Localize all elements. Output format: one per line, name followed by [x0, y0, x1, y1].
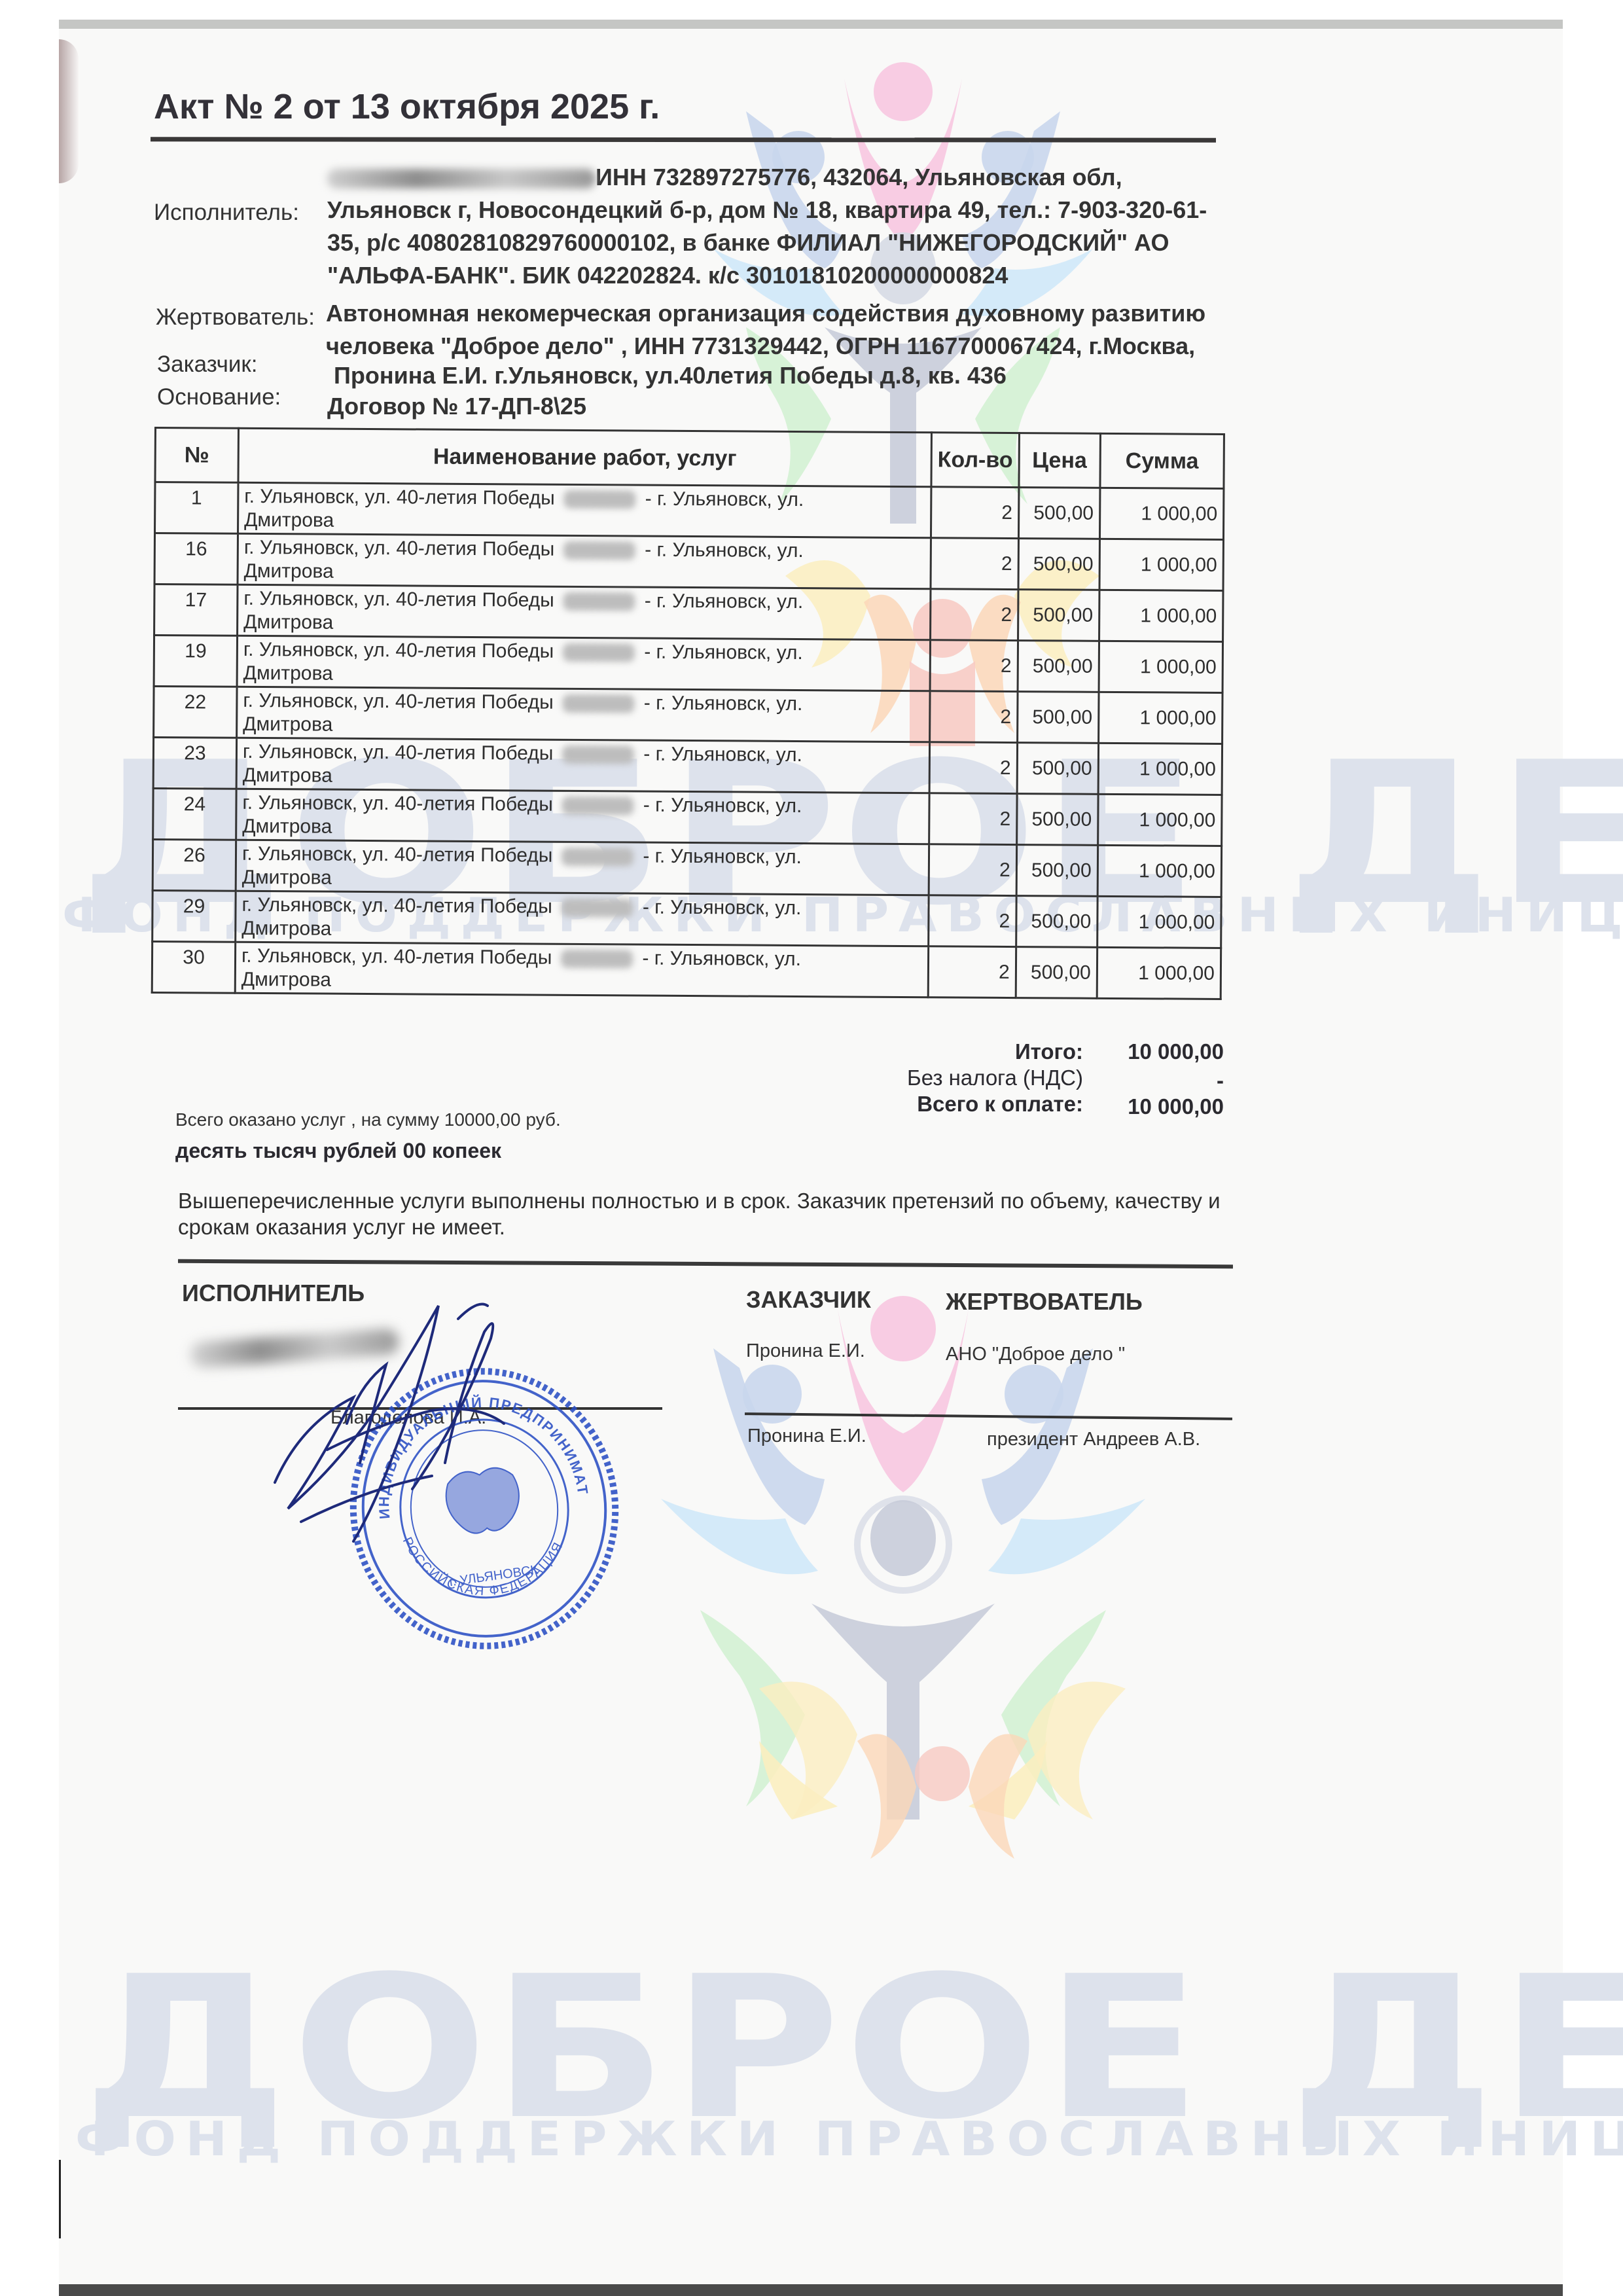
- customer-donor-signature-line: [745, 1412, 1232, 1420]
- signature-divider: [178, 1259, 1233, 1268]
- table-row: 30г. Ульяновск, ул. 40-летия Победы- г. …: [152, 941, 1221, 999]
- row-quantity: 2: [931, 589, 1018, 641]
- redacted-address: [562, 797, 634, 816]
- row-service-name: г. Ульяновск, ул. 40-летия Победы- г. Ул…: [237, 636, 930, 691]
- row-service-name: г. Ульяновск, ул. 40-летия Победы- г. Ул…: [236, 789, 929, 844]
- handwritten-signature-icon: [262, 1293, 602, 1568]
- table-row: 24г. Ульяновск, ул. 40-летия Победы- г. …: [153, 788, 1222, 846]
- row-number: 1: [155, 482, 238, 534]
- customer-name-top: Пронина Е.И.: [746, 1340, 865, 1362]
- services-table: № Наименование работ, услуг Кол-во Цена …: [151, 427, 1225, 1000]
- redacted-address: [563, 592, 635, 611]
- donor-line-1: Автономная некомерческая организация сод…: [326, 300, 1205, 327]
- total-value: 10 000,00: [1080, 1039, 1224, 1064]
- row-quantity: 2: [931, 538, 1018, 590]
- customer-value: Пронина Е.И. г.Ульяновск, ул.40летия Поб…: [334, 362, 1007, 389]
- row-service-name: г. Ульяновск, ул. 40-летия Победы- г. Ул…: [236, 840, 929, 895]
- executor-line-4: "АЛЬФА-БАНК". БИК 042202824. к/с 3010181…: [327, 262, 1008, 289]
- executor-label: Исполнитель:: [154, 200, 299, 226]
- table-row: 17г. Ульяновск, ул. 40-летия Победы- г. …: [154, 584, 1223, 642]
- customer-heading: ЗАКАЗЧИК: [746, 1286, 871, 1314]
- donor-line-2: человека "Доброе дело" , ИНН 7731329442,…: [326, 332, 1195, 360]
- row-service-name: г. Ульяновск, ул. 40-летия Победы- г. Ул…: [236, 891, 929, 946]
- row-number: 29: [152, 890, 236, 942]
- redacted-address: [562, 899, 633, 918]
- row-sum: 1 000,00: [1099, 590, 1223, 641]
- tax-value: -: [1080, 1068, 1224, 1093]
- col-price-header: Цена: [1019, 433, 1101, 488]
- donor-signatory: президент Андреев А.В.: [987, 1429, 1200, 1450]
- row-quantity: 2: [929, 742, 1017, 794]
- row-sum: 1 000,00: [1097, 845, 1222, 897]
- executor-line-1: ИНН 732897275776, 432064, Ульяновская об…: [327, 164, 1122, 191]
- table-header-row: № Наименование работ, услуг Кол-во Цена …: [155, 428, 1224, 489]
- row-price: 500,00: [1018, 590, 1099, 641]
- row-price: 500,00: [1018, 641, 1099, 692]
- redacted-address: [563, 643, 635, 662]
- redacted-address: [562, 745, 634, 764]
- customer-label: Заказчик:: [157, 351, 257, 378]
- row-service-name: г. Ульяновск, ул. 40-летия Победы- г. Ул…: [236, 738, 929, 793]
- row-service-name: г. Ульяновск, ул. 40-летия Победы- г. Ул…: [238, 533, 931, 588]
- services-summary: Всего оказано услуг , на сумму 10000,00 …: [175, 1109, 561, 1130]
- row-quantity: 2: [929, 844, 1016, 896]
- payable-label: Всего к оплате:: [690, 1092, 1083, 1117]
- col-number-header: №: [155, 428, 239, 483]
- row-price: 500,00: [1016, 845, 1097, 897]
- row-price: 500,00: [1016, 896, 1097, 948]
- row-quantity: 2: [931, 487, 1018, 539]
- row-number: 30: [152, 941, 235, 993]
- row-price: 500,00: [1018, 488, 1099, 539]
- customer-name-bottom: Пронина Е.И.: [747, 1426, 866, 1447]
- table-row: 29г. Ульяновск, ул. 40-летия Победы- г. …: [152, 890, 1221, 948]
- col-sum-header: Сумма: [1100, 433, 1224, 488]
- row-sum: 1 000,00: [1099, 641, 1223, 692]
- row-number: 23: [153, 738, 236, 789]
- row-sum: 1 000,00: [1098, 743, 1222, 795]
- row-service-name: г. Ульяновск, ул. 40-летия Победы- г. Ул…: [237, 687, 930, 742]
- basis-label: Основание:: [157, 384, 281, 410]
- row-quantity: 2: [930, 691, 1018, 743]
- col-qty-header: Кол-во: [931, 433, 1019, 488]
- redacted-address: [562, 848, 633, 867]
- payable-value: 10 000,00: [1080, 1094, 1224, 1119]
- row-number: 19: [154, 636, 237, 687]
- row-price: 500,00: [1018, 539, 1099, 590]
- executor-line-3: 35, р/с 40802810829760000102, в банке ФИ…: [327, 229, 1169, 257]
- document-title: Акт № 2 от 13 октября 2025 г.: [154, 86, 660, 127]
- total-label: Итого:: [690, 1039, 1083, 1064]
- table-row: 23г. Ульяновск, ул. 40-летия Победы- г. …: [153, 738, 1222, 795]
- row-service-name: г. Ульяновск, ул. 40-летия Победы- г. Ул…: [238, 584, 931, 639]
- basis-value: Договор № 17-ДП-8\25: [327, 393, 586, 420]
- row-service-name: г. Ульяновск, ул. 40-летия Победы- г. Ул…: [235, 942, 928, 997]
- row-sum: 1 000,00: [1097, 896, 1221, 948]
- row-quantity: 2: [929, 895, 1016, 947]
- row-number: 24: [153, 788, 236, 840]
- row-number: 26: [152, 839, 236, 891]
- row-service-name: г. Ульяновск, ул. 40-летия Победы- г. Ул…: [238, 482, 931, 537]
- row-sum: 1 000,00: [1099, 539, 1224, 590]
- row-sum: 1 000,00: [1098, 692, 1222, 744]
- col-name-header: Наименование работ, услуг: [238, 428, 931, 486]
- tax-label: Без налога (НДС): [690, 1066, 1083, 1090]
- row-price: 500,00: [1017, 692, 1098, 744]
- row-price: 500,00: [1016, 947, 1097, 999]
- donor-label: Жертвователь:: [156, 304, 315, 331]
- table-row: 16г. Ульяновск, ул. 40-летия Победы- г. …: [154, 533, 1223, 591]
- title-underline: [151, 137, 1216, 142]
- row-quantity: 2: [930, 640, 1018, 692]
- table-row: 22г. Ульяновск, ул. 40-летия Победы- г. …: [154, 687, 1222, 744]
- row-number: 16: [154, 533, 238, 585]
- redacted-name: [327, 169, 596, 188]
- donor-heading: ЖЕРТВОВАТЕЛЬ: [946, 1288, 1143, 1316]
- row-number: 22: [154, 687, 237, 738]
- row-number: 17: [154, 584, 238, 636]
- row-quantity: 2: [928, 946, 1016, 998]
- row-sum: 1 000,00: [1097, 794, 1222, 846]
- row-sum: 1 000,00: [1099, 488, 1224, 539]
- redacted-address: [564, 490, 636, 509]
- row-quantity: 2: [929, 793, 1017, 845]
- executor-line-2: Ульяновск г, Новосондецкий б-р, дом № 18…: [327, 196, 1207, 224]
- redacted-address: [561, 950, 633, 969]
- donor-organization: АНО "Доброе дело ": [946, 1344, 1125, 1365]
- row-price: 500,00: [1016, 794, 1097, 846]
- completion-statement: Вышеперечисленные услуги выполнены полно…: [178, 1188, 1258, 1240]
- table-row: 1г. Ульяновск, ул. 40-летия Победы- г. У…: [155, 482, 1224, 540]
- table-row: 26г. Ульяновск, ул. 40-летия Победы- г. …: [152, 839, 1221, 897]
- row-price: 500,00: [1017, 743, 1098, 795]
- row-sum: 1 000,00: [1097, 947, 1221, 999]
- amount-in-words: десять тысяч рублей 00 копеек: [175, 1139, 501, 1163]
- redacted-address: [563, 694, 635, 713]
- table-row: 19г. Ульяновск, ул. 40-летия Победы- г. …: [154, 636, 1222, 693]
- redacted-address: [563, 541, 635, 560]
